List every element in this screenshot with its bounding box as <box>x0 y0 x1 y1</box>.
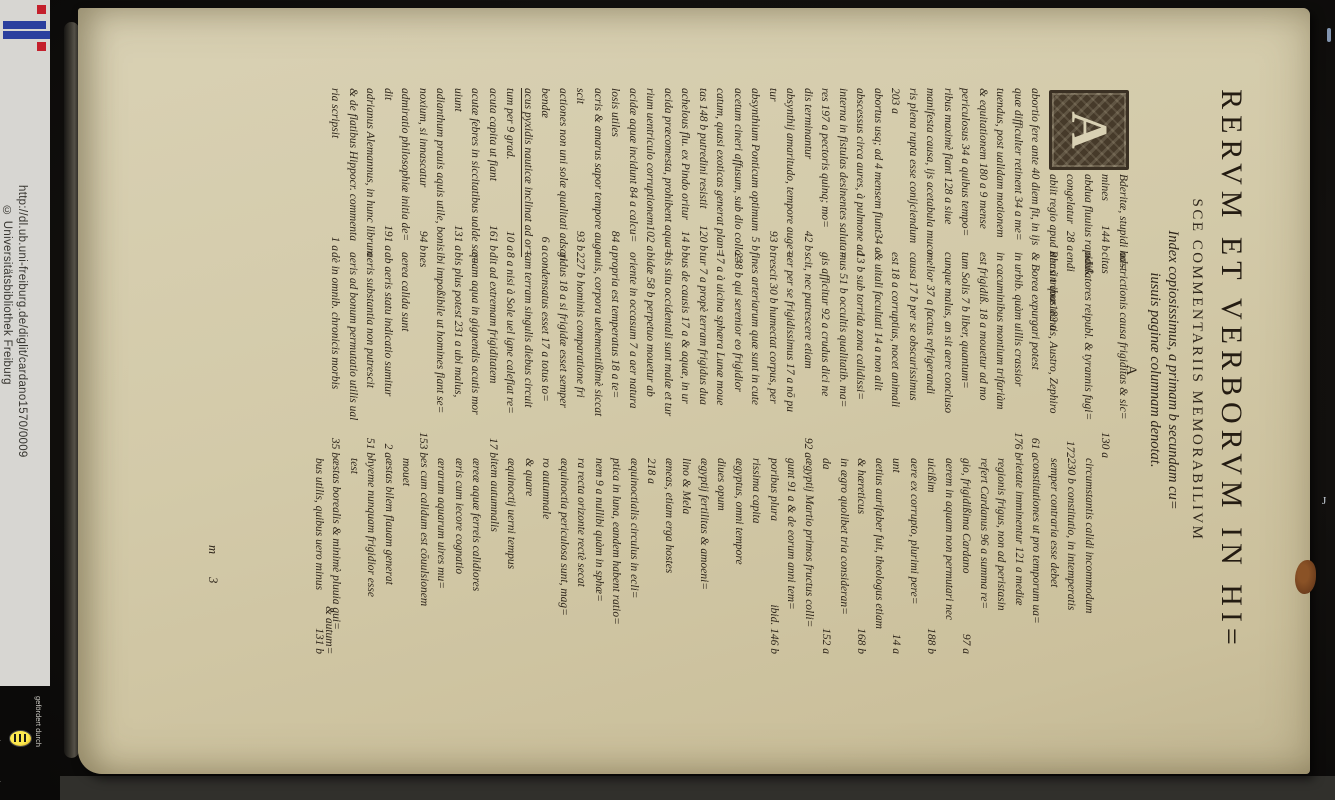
index-line: uicißim188 b <box>922 458 940 654</box>
index-line: quam aqua in gignendis acutis mor <box>466 252 484 458</box>
index-line: dit ad extremam frigiditatem17 b <box>484 252 502 458</box>
index-line: ptica in luna, eandem habent ratio= <box>607 458 625 654</box>
logo-blue-bar-short <box>3 21 46 29</box>
index-line: aerea calida sunt <box>396 252 414 458</box>
index-line: æstas bilem flauam generat <box>380 458 398 654</box>
index-line: semper contraria esse debet <box>1045 458 1063 654</box>
index-line: ærarum aquarum uires mu= <box>432 458 450 654</box>
index-line: noxium, si innascatur94 b <box>414 88 432 251</box>
index-line: acus pyxidis nauticæ inclinat ad or= <box>519 88 537 251</box>
index-line: manifesta causa, ijs acetabula muco <box>921 88 939 251</box>
index-line: nuis, corpora uehementißimè siccat <box>589 252 607 458</box>
index-line: abiit regio apud Rhasin quæ182 a <box>1044 174 1062 251</box>
index-line: ibi impoßibile ut homines fiant se= <box>431 252 449 458</box>
index-line: & de flatibus Hippocr. commenta <box>344 88 362 251</box>
index-line: acutæ febres in siccitatibus ualde sæ= <box>466 88 484 251</box>
index-line: cunque malus, an sit aere concluso <box>939 252 957 458</box>
book-fore-edge <box>64 22 79 758</box>
index-line: 13 b sub torrida zona calidissi= <box>851 252 869 458</box>
index-line: æquinoctij uerni tempus <box>502 458 520 654</box>
index-line: circumstantis calidi incommodum <box>1080 458 1098 654</box>
index-line: nes153 b <box>414 252 432 458</box>
edge-blue-mark <box>1327 28 1331 42</box>
index-line: actiones non uni solæ qualitati adscri <box>554 88 572 251</box>
index-line: bidæ 58 b perpetuo mouetur ab <box>641 252 659 458</box>
index-line: Bderitæ, stupidi ho= <box>1114 174 1132 251</box>
index-line: & equitationem 180 a 9 mense <box>974 88 992 251</box>
index-line: es cum calidum est cōuulsionem <box>415 458 433 654</box>
index-line: 227 b hominis comparatione fri <box>571 252 589 458</box>
index-line: adrianus Alemannus, in hunc librum <box>361 88 379 251</box>
index-line: acuta capita ut fiant161 b <box>484 88 502 251</box>
index-line: admiratio philosophiæ initia de= <box>396 88 414 251</box>
index-line: 238 b qui serenior eo frigidior <box>729 252 747 458</box>
funding-block: gefördert durch Baden-Württemberg <box>0 686 50 800</box>
logo-blue-bar-long <box>3 31 53 39</box>
index-line: ægyptus, omni tempore <box>730 458 748 654</box>
index-line: ria scripsit1 a <box>326 88 344 251</box>
index-line: æreæ aquæ ferreis calidiores <box>467 458 485 654</box>
edge-scratch-mark: J <box>1322 495 1328 507</box>
index-line: gidus 18 a si frigidæ esset semper <box>554 252 572 458</box>
index-line: condensatus esset 17 a totus to= <box>536 252 554 458</box>
index-line: absynthium Ponticum optimum5 b <box>746 88 764 251</box>
index-line: quæ difficulter retinent 34 a me= <box>1009 88 1027 251</box>
index-line: aer à tribus uentis, Austro, Zephiro <box>1044 252 1062 458</box>
index-line: abortio fere ante 40 diem fit, in ijs <box>1026 88 1044 251</box>
index-line: causa 17 b per se obscurissimus <box>904 252 922 458</box>
index-line: est frigidiß. 18 a mouetur ad mo <box>974 252 992 458</box>
index-line: interna in fistulas desinentes saluta= <box>834 88 852 251</box>
index-line: & quare <box>520 458 538 654</box>
index-line: melior 37 a factus refrigerandi <box>921 252 939 458</box>
index-title-block: RERVM ET VERBORVM IN HI= SCE COMMENTARII… <box>1122 84 1310 656</box>
index-line: tuendus, post ualidam motionem <box>991 88 1009 251</box>
index-line: tur 7 a propè terram frigidus dua <box>694 252 712 458</box>
index-line: bus de causis 17 a & aquæ, in ur <box>676 252 694 458</box>
index-line: tam terram singulis diebus circuit <box>519 252 537 458</box>
index-line: constitutiones ut pro temporum ua= <box>1027 458 1045 654</box>
index-line: ægyptij fertilitas & amoeni= <box>695 458 713 654</box>
index-line: dè in omnib. chronicis morbis35 b <box>326 252 344 458</box>
book-bottom-edge <box>60 776 1335 800</box>
copyright-notice: © Universitätsbibliothek Freiburg <box>1 205 13 385</box>
index-line: regionis frigus, non ad peristasin <box>992 458 1010 654</box>
catchword: & autum= <box>323 606 335 654</box>
index-line: ab aeris statu indicatio sumitur2 a <box>379 252 397 458</box>
index-line: fines arteriarum quæ sunt in cute <box>746 252 764 458</box>
library-logo <box>0 0 50 56</box>
index-line: mines144 b <box>1096 174 1114 251</box>
index-line: acris & amarus sapor tempore auge <box>589 88 607 251</box>
document-url: http://dl.ub.uni-freiburg.de/diglit/card… <box>16 185 28 458</box>
index-line: tur93 b <box>764 88 782 251</box>
index-line: in urbib. quàm uillis crassior176 b <box>1009 252 1027 458</box>
index-line: ægyptij Martio primos fructus colli= <box>800 458 818 654</box>
index-line: tum Solis 7 b liber, quantum= <box>956 252 974 458</box>
index-line: gunt 91 a & de eorum anni tem= <box>782 458 800 654</box>
index-line: rissima capita <box>747 458 765 654</box>
index-line: congelatur28 a <box>1061 174 1079 251</box>
index-line: in cacuminibus montium trifariàm <box>991 252 1009 458</box>
index-line: aerem in aquam non permutari nec <box>940 458 958 654</box>
index-line: dis terminantur42 b <box>799 88 817 251</box>
index-line: aetius aurifaber fuit, theologus etiam <box>870 458 888 654</box>
index-line: uiunt131 a <box>449 88 467 251</box>
index-line: scit, nec putrescere etiam92 a <box>799 252 817 458</box>
index-line: adstrictionis causa frigiditas & sic= <box>1114 252 1132 458</box>
index-line: acetum cineri affusum, sub dio collo= <box>729 88 747 251</box>
index-line: adulatores reipubl. & tyrannis fugi= <box>1079 252 1097 458</box>
index-line: bis situ occidentali sunt malæ et tur <box>659 252 677 458</box>
logo-red-square-top <box>37 5 46 14</box>
index-line: oriente in occasum 7 a aer natura <box>624 252 642 458</box>
index-line: 8 a nisi à Sole uel igne calefiat re= <box>501 252 519 458</box>
index-line: item autumnalis <box>485 458 503 654</box>
index-line: res 197 a pectoris quinq; mo= <box>816 88 834 251</box>
index-column-1: Bderitæ, stupidi ho=mines144 babdua fluu… <box>326 88 1131 251</box>
index-line: rium uentriculo corruptionem102 a <box>641 88 659 251</box>
index-line: & uitali facultati 14 a non alit <box>869 252 887 458</box>
index-line: & hæreticus168 b <box>852 458 870 654</box>
index-subtitle-line1: Index copiosissimus, a primam b secundam… <box>1164 84 1181 656</box>
index-column-2: adstrictionis causa frigiditas & sic=cit… <box>326 252 1131 458</box>
index-columns: Bderitæ, stupidi ho=mines144 babdua fluu… <box>301 8 1131 774</box>
page-content-rotated: RERVM ET VERBORVM IN HI= SCE COMMENTARII… <box>78 8 1310 774</box>
baden-wuerttemberg-emblem-icon <box>9 730 32 747</box>
viewer-sidebar: http://dl.ub.uni-freiburg.de/diglit/card… <box>0 0 50 800</box>
index-line: aeris ad bonum permutatio utilis ual <box>344 252 362 458</box>
index-subtitle-line2: iusuis paginæ columnam denotat. <box>1146 84 1163 656</box>
index-line: in ægro quolibet tria consideran= <box>835 458 853 654</box>
index-line: achelous flu. ex Pindo oritur14 b <box>676 88 694 251</box>
index-line: 218 a <box>642 458 660 654</box>
funding-label: gefördert durch <box>34 696 43 747</box>
index-line: adianthum prauis aquis utile, bonis <box>431 88 449 251</box>
index-line: bis plus potest 231 a ubi malus, <box>449 252 467 458</box>
index-line: aer per se frigidissimus 17 a nō pu <box>781 252 799 458</box>
index-line: æquinoctia periculosa sunt, mag= <box>555 458 573 654</box>
index-line: bendæ6 a <box>536 88 554 251</box>
index-line: scit93 b <box>571 88 589 251</box>
index-line: diues opum <box>712 458 730 654</box>
index-line: rietate imminentur 121 a mediæ <box>1010 458 1028 654</box>
index-line: tas 148 b putredini resistit120 b <box>694 88 712 251</box>
index-line: periculosus 34 a quibus tempo= <box>956 88 974 251</box>
index-title-line2: SCE COMMENTARIIS MEMORABILIVM <box>1188 84 1205 656</box>
gathering-signature: m 3 <box>205 545 220 593</box>
glue-stain <box>1295 560 1316 594</box>
index-line: lino & Mela <box>677 458 695 654</box>
index-line: mouet <box>397 458 415 654</box>
index-line: aere ex corrupto, plurimi pere= <box>905 458 923 654</box>
index-line: ribus maximè fiant 128 a siue <box>939 88 957 251</box>
index-line: mus 51 b occultis qualitatib. ma= <box>834 252 852 458</box>
index-line: æneas, etiam erga hostes <box>660 458 678 654</box>
index-line: acida præcomesta, prohibent aqua= <box>659 88 677 251</box>
funding-region-label: Baden-Württemberg <box>0 728 2 796</box>
index-line: æquinoctialis circulus in ecli= <box>625 458 643 654</box>
index-line: 230 b constitutio, in intemperatis <box>1062 458 1080 654</box>
index-line: abscessus circa aures, à pulmone ad <box>851 88 869 251</box>
index-line: est 18 a corruptius, nocet animali <box>886 252 904 458</box>
index-line: poribus pluraibid. 146 b <box>765 458 783 654</box>
index-line: 17 a à uicina sphæra Lunæ moue <box>711 252 729 458</box>
index-line: gis afficitur 92 a crudus dici ne <box>816 252 834 458</box>
index-line: & Borea expurgari potest61 a <box>1026 252 1044 458</box>
index-line: unt14 a <box>887 458 905 654</box>
index-line: test <box>345 458 363 654</box>
page-scan[interactable]: RERVM ET VERBORVM IN HI= SCE COMMENTARII… <box>78 8 1310 774</box>
index-line: absynthij amaritudo, tempore auge= <box>781 88 799 251</box>
index-line: acidæ aquæ incidunt 84 a calcu= <box>624 88 642 251</box>
index-line: propria est temperatus 18 a te= <box>606 252 624 458</box>
index-line: trescit 30 b humectat corpus, per <box>764 252 782 458</box>
index-line: ris plena rupta esse conijciendum <box>904 88 922 251</box>
index-line: ro autumnale <box>537 458 555 654</box>
index-title-line1: RERVM ET VERBORVM IN HI= <box>1214 84 1248 656</box>
index-line: tum per 9 grad.10 a <box>501 88 519 251</box>
index-line: gio, frigidißima Cardano97 a <box>957 458 975 654</box>
index-line: citas130 a <box>1096 252 1114 458</box>
index-line: 203 a <box>886 88 904 251</box>
index-line: hyeme nunquam frigidior esse <box>362 458 380 654</box>
index-line: abortus usq; ad 4 mensem fiunt34 a <box>869 88 887 251</box>
index-line: da152 a <box>817 458 835 654</box>
index-line: refert Cardanus 96 a summa re= <box>975 458 993 654</box>
index-line: dit191 a <box>379 88 397 251</box>
index-column-3: circumstantis calidi incommodum230 b con… <box>310 458 1098 654</box>
index-line: nem 9 a nullibi quàm in sphæ= <box>590 458 608 654</box>
index-line: catum, quasi exoticas generat plan= <box>711 88 729 251</box>
logo-red-square-bottom <box>37 42 46 51</box>
index-line: ra recta orizonte rectè secat <box>572 458 590 654</box>
index-line: æris cum iecore cognatio <box>450 458 468 654</box>
scan-photo-area: RERVM ET VERBORVM IN HI= SCE COMMENTARII… <box>50 0 1335 800</box>
index-line: losis utiles84 a <box>606 88 624 251</box>
index-line: endi172 <box>1061 252 1079 458</box>
index-line: abdua fluuius rapidiß. <box>1079 174 1097 251</box>
index-line: aeris substantia non putrescit51 b <box>361 252 379 458</box>
